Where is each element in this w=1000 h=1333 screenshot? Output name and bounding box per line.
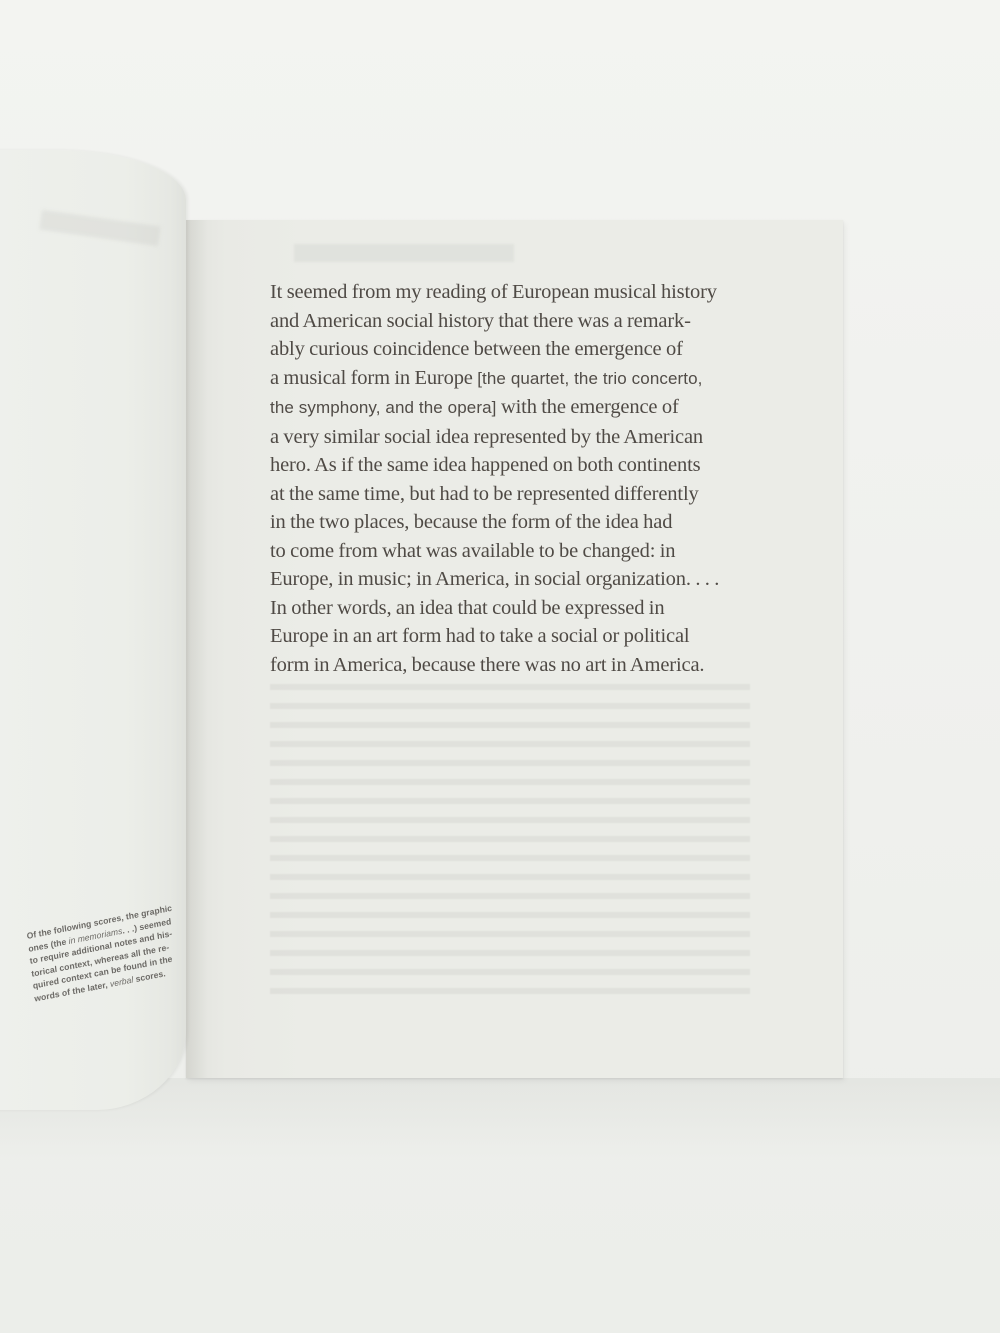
text-segment: a musical form in Europe xyxy=(270,367,477,389)
text-line: It seemed from my reading of European mu… xyxy=(270,278,790,307)
text-line: and American social history that there w… xyxy=(270,307,790,336)
text-segment: with the emergence of xyxy=(496,396,678,418)
text-line: In other words, an idea that could be ex… xyxy=(270,594,790,623)
text-line: a musical form in Europe [the quartet, t… xyxy=(270,364,790,394)
show-through-text xyxy=(270,675,750,995)
text-line: at the same time, but had to be represen… xyxy=(270,480,790,509)
text-line: Europe, in music; in America, in social … xyxy=(270,565,790,594)
text-line: in the two places, because the form of t… xyxy=(270,508,790,537)
bracketed-sans-text: the symphony, and the opera] xyxy=(270,398,496,417)
text-line: the symphony, and the opera] with the em… xyxy=(270,393,790,423)
show-through-heading xyxy=(294,244,514,262)
bracketed-sans-text: [the quartet, the trio concerto, xyxy=(477,369,702,388)
text-line: hero. As if the same idea happened on bo… xyxy=(270,451,790,480)
text-line: ably curious coincidence between the eme… xyxy=(270,335,790,364)
text-line: to come from what was available to be ch… xyxy=(270,537,790,566)
text-line: form in America, because there was no ar… xyxy=(270,651,790,680)
text-line: a very similar social idea represented b… xyxy=(270,423,790,452)
show-through-heading xyxy=(39,210,161,247)
quote-text: It seemed from my reading of European mu… xyxy=(270,278,790,679)
text-line: Europe in an art form had to take a soci… xyxy=(270,622,790,651)
right-page: It seemed from my reading of European mu… xyxy=(186,220,843,1078)
